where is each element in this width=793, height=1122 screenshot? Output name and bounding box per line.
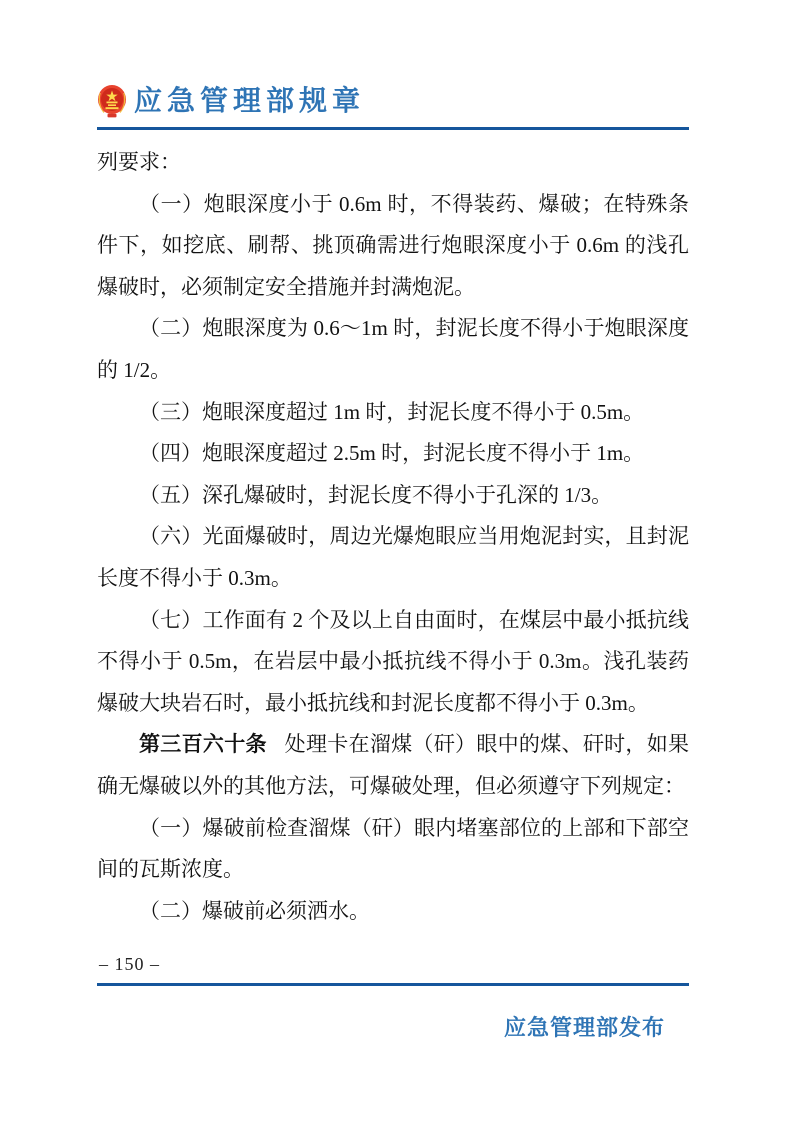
body-paragraph: （七）工作面有 2 个及以上自由面时，在煤层中最小抵抗线不得小于 0.5m，在岩… xyxy=(97,600,689,725)
body-paragraph: （一）炮眼深度小于 0.6m 时，不得装药、爆破；在特殊条件下，如挖底、刷帮、挑… xyxy=(97,184,689,309)
document-body: 列要求： （一）炮眼深度小于 0.6m 时，不得装药、爆破；在特殊条件下，如挖底… xyxy=(97,142,689,932)
national-emblem-icon xyxy=(97,84,127,118)
body-paragraph: （四）炮眼深度超过 2.5m 时，封泥长度不得小于 1m。 xyxy=(97,433,689,475)
article-number: 第三百六十条 xyxy=(139,733,267,756)
body-paragraph: （六）光面爆破时，周边光爆炮眼应当用炮泥封实，且封泥长度不得小于 0.3m。 xyxy=(97,516,689,599)
body-paragraph: （五）深孔爆破时，封泥长度不得小于孔深的 1/3。 xyxy=(97,475,689,517)
document-page: 应急管理部规章 列要求： （一）炮眼深度小于 0.6m 时，不得装药、爆破；在特… xyxy=(0,0,793,1122)
header-rule xyxy=(97,127,689,130)
header-title: 应急管理部规章 xyxy=(134,86,365,117)
footer-rule xyxy=(97,983,689,986)
body-paragraph: （二）炮眼深度为 0.6～1m 时，封泥长度不得小于炮眼深度的 1/2。 xyxy=(97,308,689,391)
page-header: 应急管理部规章 xyxy=(97,0,689,118)
body-paragraph-article: 第三百六十条处理卡在溜煤（矸）眼中的煤、矸时，如果确无爆破以外的其他方法，可爆破… xyxy=(97,724,689,807)
body-paragraph: （三）炮眼深度超过 1m 时，封泥长度不得小于 0.5m。 xyxy=(97,392,689,434)
body-paragraph: （二）爆破前必须洒水。 xyxy=(97,891,689,933)
body-paragraph: 列要求： xyxy=(97,142,689,184)
publisher-label: 应急管理部发布 xyxy=(97,1011,689,1042)
body-paragraph: （一）爆破前检查溜煤（矸）眼内堵塞部位的上部和下部空间的瓦斯浓度。 xyxy=(97,808,689,891)
page-number: – 150 – xyxy=(97,954,689,975)
